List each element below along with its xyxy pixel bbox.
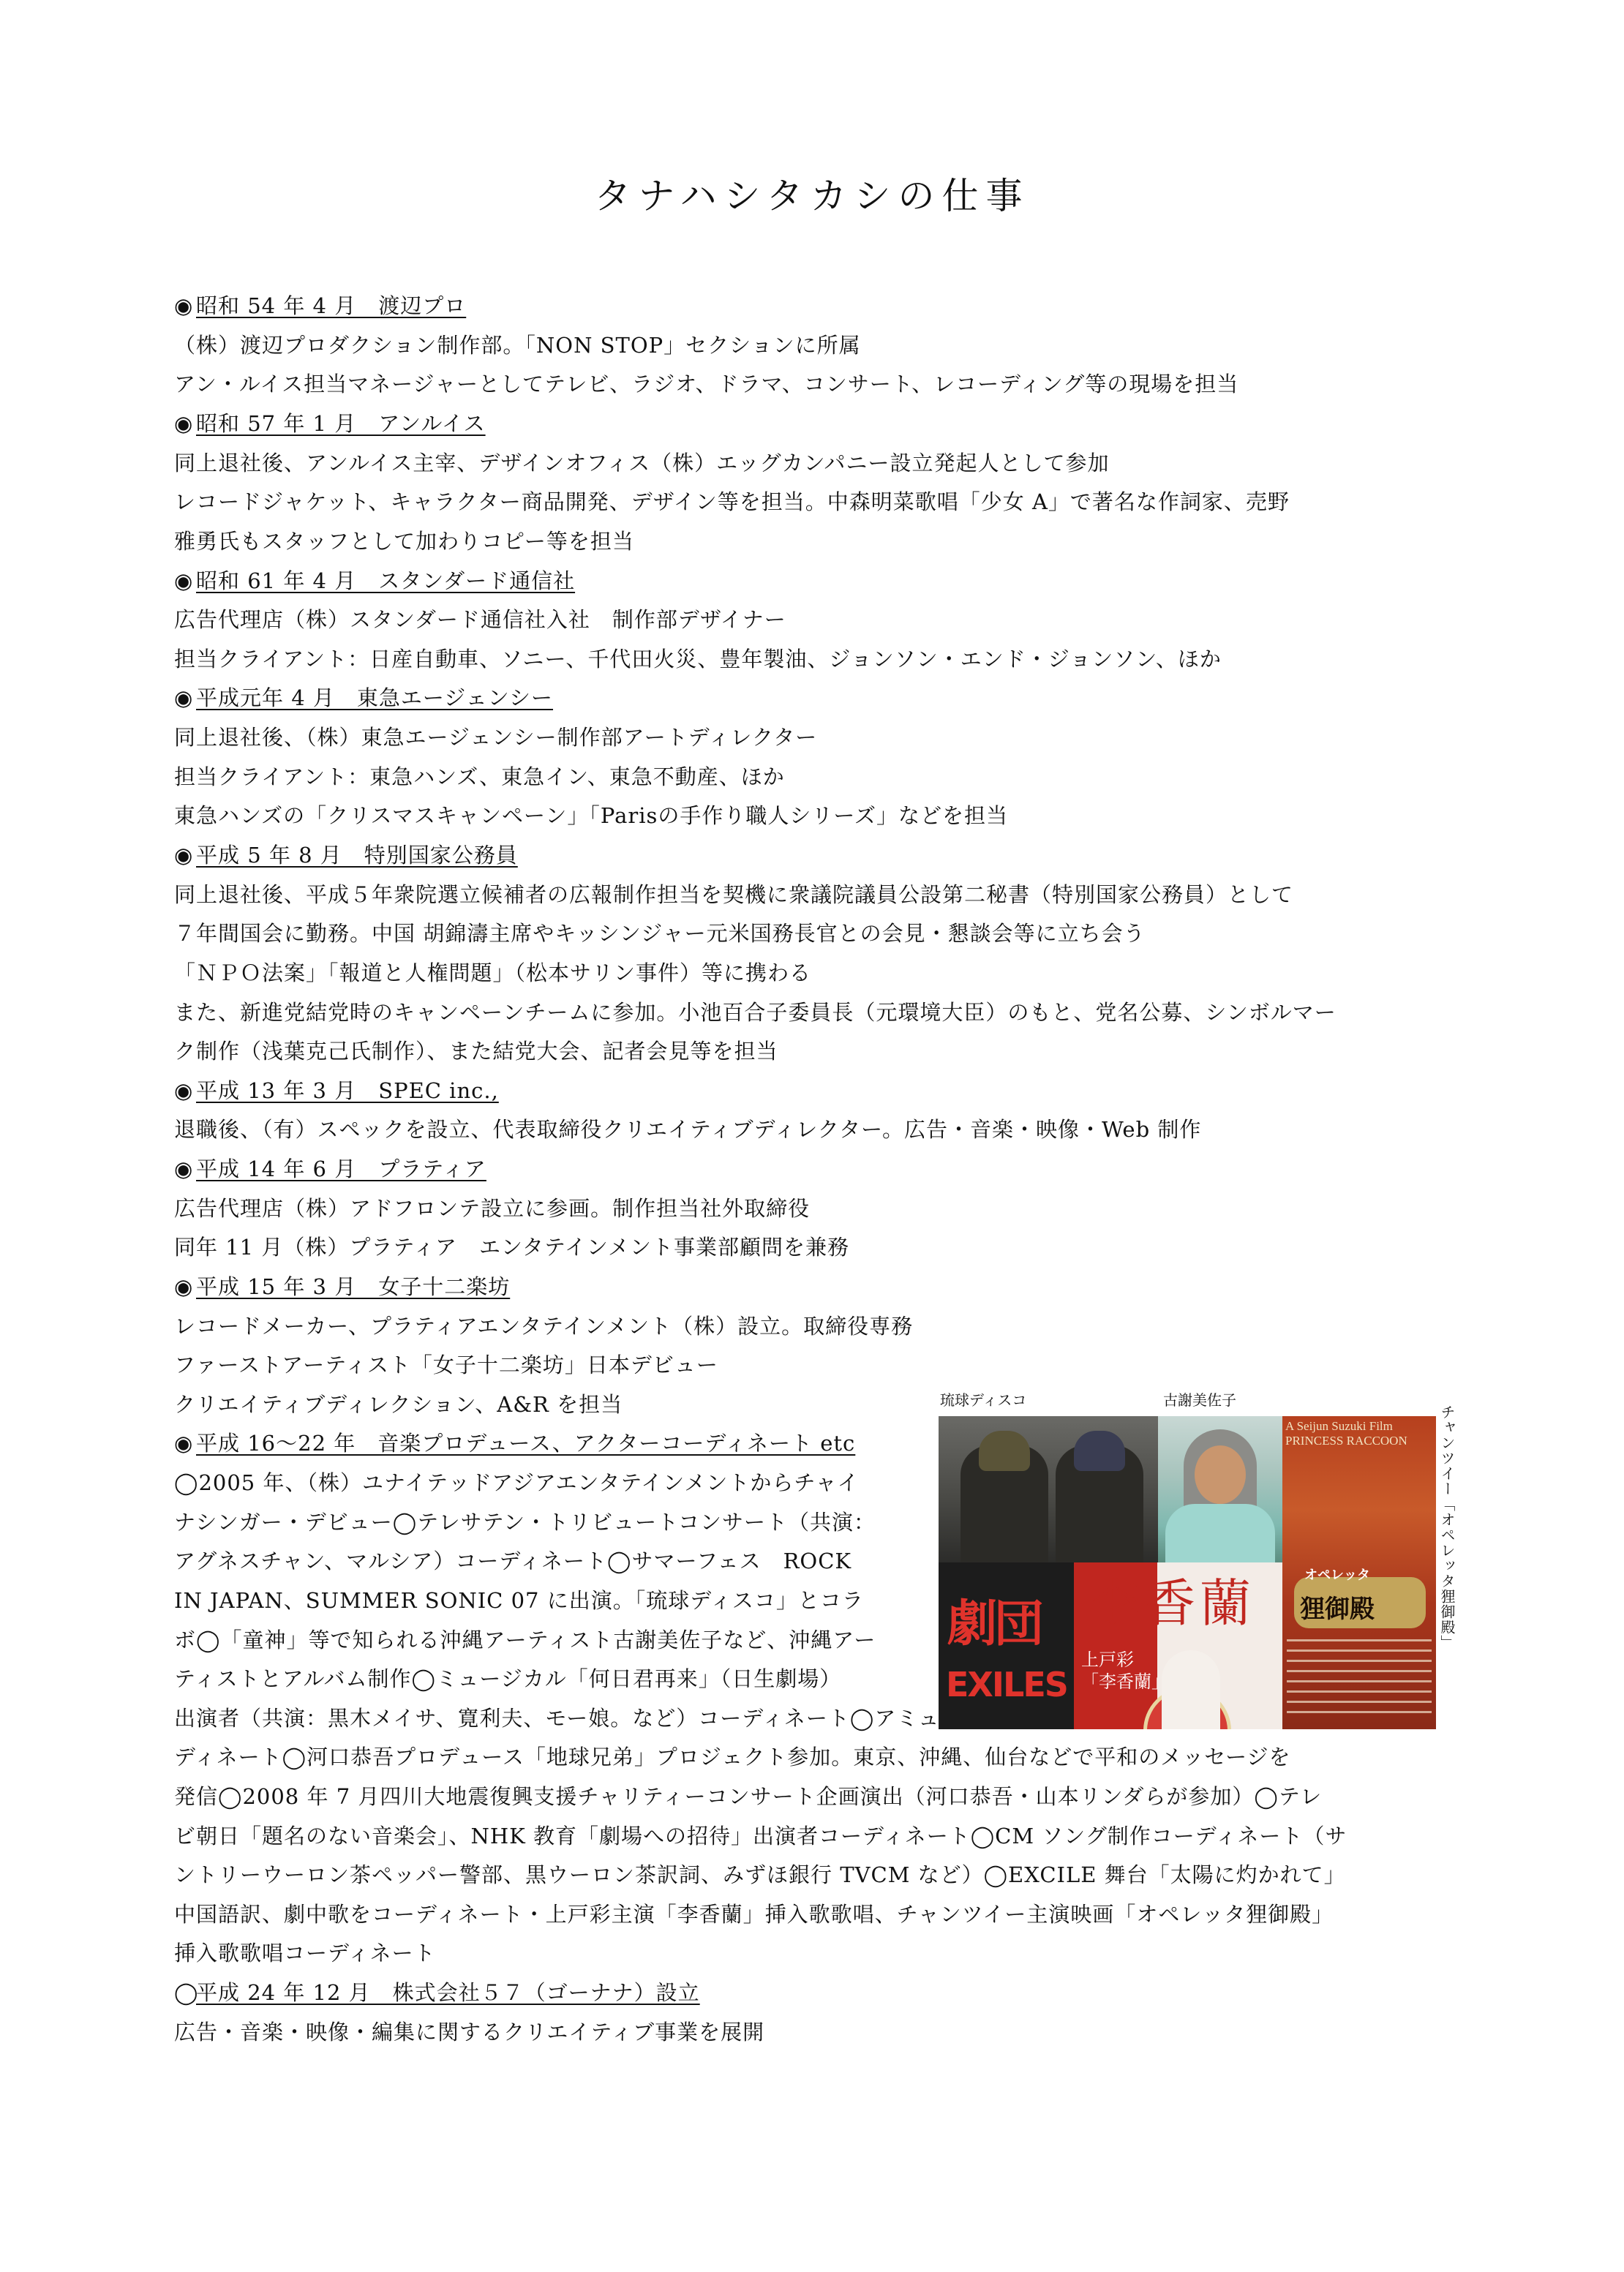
- caption-kojya-misako: 古謝美佐子: [1163, 1388, 1236, 1410]
- section-text: 発信◯2008 年 7 月四川大地震復興支援チャリティーコンサート企画演出（河口…: [174, 1783, 1322, 1810]
- caption-ryukyu-disco: 琉球ディスコ: [940, 1388, 1026, 1410]
- section-heading: ◉平成 14 年 6 月 プラティア: [174, 1156, 486, 1182]
- caption-operetta: チャンツイー「オペレッタ狸御殿」: [1439, 1404, 1455, 1650]
- section-text: ントリーウーロン茶ペッパー警部、黒ウーロン茶訳詞、みずほ銀行 TVCM など）◯…: [174, 1862, 1346, 1888]
- section-heading: ◉昭和 61 年 4 月 スタンダード通信社: [174, 568, 575, 594]
- section-text: 雅勇氏もスタッフとして加わりコピー等を担当: [174, 528, 634, 554]
- section-text: ティストとアルバム制作◯ミュージカル「何日君再来」（日生劇場）: [174, 1666, 841, 1692]
- section-text: 同上退社後、アンルイス主宰、デザインオフィス（株）エッグカンパニー設立発起人とし…: [174, 450, 1110, 476]
- section-text: ファーストアーティスト「女子十二楽坊」日本デビュー: [174, 1352, 718, 1378]
- photo-kojya-misako: [1158, 1416, 1282, 1562]
- bullet-icon: ◉: [174, 685, 196, 711]
- section-text: 退職後、（有）スペックを設立、代表取締役クリエイティブディレクター。広告・音楽・…: [174, 1116, 1201, 1143]
- section-heading: ◉昭和 54 年 4 月 渡辺プロ: [174, 293, 466, 319]
- bullet-icon: ◉: [174, 1430, 196, 1456]
- section-text: 東急ハンズの「クリスマスキャンペーン」「Parisの手作り職人シリーズ」などを担…: [174, 802, 1008, 829]
- section-text: ボ◯「童神」等で知られる沖縄アーティスト古謝美佐子など、沖縄アー: [174, 1627, 876, 1653]
- section-heading: ◉平成 15 年 3 月 女子十二楽坊: [174, 1274, 510, 1300]
- bullet-icon: ◉: [174, 1156, 196, 1182]
- section-heading: ◉平成 5 年 8 月 特別国家公務員: [174, 842, 518, 868]
- section-text: レコードジャケット、キャラクター商品開発、デザイン等を担当。中森明菜歌唱「少女 …: [174, 489, 1290, 515]
- section-text: ビ朝日「題名のない音楽会」、NHK 教育「劇場への招待」出演者コーディネート◯C…: [174, 1823, 1347, 1849]
- section-text: ◯2005 年、（株）ユナイテッドアジアエンタテインメントからチャイ: [174, 1470, 860, 1496]
- section-text: 「ＮＰＯ法案」「報道と人権問題」（松本サリン事件）等に携わる: [174, 960, 811, 986]
- photo-ryukyu-disco: [939, 1416, 1158, 1562]
- page-title: タナハシタカシの仕事: [0, 167, 1624, 219]
- section-text: （株）渡辺プロダクション制作部。「NON STOP」セクションに所属: [174, 332, 861, 358]
- section-text: 同上退社後、（株）東急エージェンシー制作部アートディレクター: [174, 724, 817, 751]
- section-text: 担当クライアント：日産自動車、ソニー、千代田火災、豊年製油、ジョンソン・エンド・…: [174, 646, 1222, 672]
- section-heading: ◯平成 24 年 12 月 株式会社５７（ゴーナナ）設立: [174, 1979, 700, 2006]
- poster-ri-koran: 李香蘭 上戸彩「李香蘭」: [1074, 1562, 1282, 1729]
- section-text: 担当クライアント：東急ハンズ、東急イン、東急不動産、ほか: [174, 764, 785, 790]
- section-heading: ◉平成 13 年 3 月 SPEC inc.,: [174, 1077, 499, 1104]
- section-heading: ◉平成元年 4 月 東急エージェンシー: [174, 685, 553, 711]
- section-text: 同年 11 月（株）プラティア エンタテインメント事業部顧問を兼務: [174, 1234, 849, 1260]
- section-text: また、新進党結党時のキャンペーンチームに参加。小池百合子委員長（元環境大臣）のも…: [174, 999, 1337, 1026]
- photo-collage: A Seijun Suzuki Film PRINCESS RACCOON オペ…: [939, 1416, 1436, 1729]
- bullet-icon: ◉: [174, 568, 196, 594]
- section-text: アン・ルイス担当マネージャーとしてテレビ、ラジオ、ドラマ、コンサート、レコーディ…: [174, 371, 1238, 397]
- bullet-icon: ◉: [174, 293, 196, 319]
- bullet-icon: ◉: [174, 842, 196, 868]
- section-text: 同上退社後、平成５年衆院選立候補者の広報制作担当を契機に衆議院議員公設第二秘書（…: [174, 881, 1293, 908]
- section-text: IN JAPAN、SUMMER SONIC 07 に出演。「琉球ディスコ」とコラ: [174, 1587, 864, 1614]
- section-text: 広告代理店（株）スタンダード通信社入社 制作部デザイナー: [174, 606, 786, 633]
- section-text: 広告代理店（株）アドフロンテ設立に参画。制作担当社外取締役: [174, 1195, 810, 1222]
- bullet-icon: ◯: [174, 1979, 196, 2006]
- section-text: レコードメーカー、プラティアエンタテインメント（株）設立。取締役専務: [174, 1313, 913, 1339]
- section-text: ナシンガー・デビュー◯テレサテン・トリビュートコンサート（共演：: [174, 1509, 876, 1535]
- section-text: アグネスチャン、マルシア）コーディネート◯サマーフェス ROCK: [174, 1548, 852, 1574]
- section-heading: ◉平成 16〜22 年 音楽プロデュース、アクターコーディネート etc: [174, 1430, 855, 1456]
- section-heading: ◉昭和 57 年 1 月 アンルイス: [174, 410, 486, 437]
- section-text: ク制作（浅葉克己氏制作）、また結党大会、記者会見等を担当: [174, 1038, 778, 1064]
- bullet-icon: ◉: [174, 1077, 196, 1104]
- bullet-icon: ◉: [174, 1274, 196, 1300]
- section-text: ディネート◯河口恭吾プロデュース「地球兄弟」プロジェクト参加。東京、沖縄、仙台な…: [174, 1744, 1291, 1770]
- section-text: 広告・音楽・映像・編集に関するクリエイティブ事業を展開: [174, 2019, 764, 2045]
- poster-gekidan-exiles: 劇団 EXILES: [939, 1562, 1074, 1729]
- section-text: クリエイティブディレクション、A&R を担当: [174, 1391, 623, 1418]
- section-text: ７年間国会に勤務。中国 胡錦濤主席やキッシンジャー元米国務長官との会見・懇談会等…: [174, 920, 1146, 947]
- section-text: 中国語訳、劇中歌をコーディネート・上戸彩主演「李香蘭」挿入歌歌唱、チャンツイー主…: [174, 1901, 1334, 1927]
- poster-operetta-tanuki-goten: A Seijun Suzuki Film PRINCESS RACCOON オペ…: [1282, 1416, 1436, 1729]
- bullet-icon: ◉: [174, 410, 196, 437]
- section-text: 挿入歌歌唱コーディネート: [174, 1940, 436, 1966]
